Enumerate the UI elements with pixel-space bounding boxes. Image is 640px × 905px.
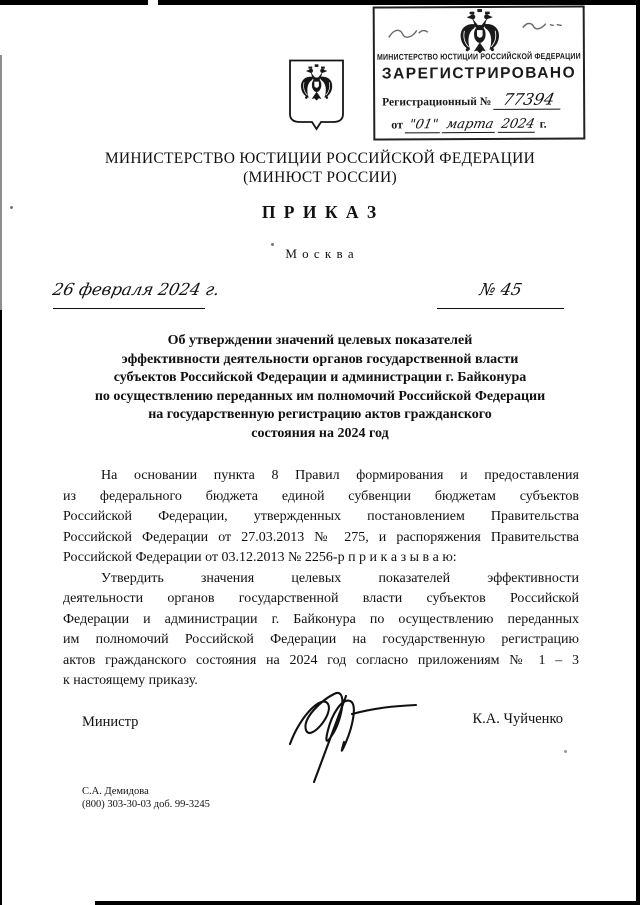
document-number: № 45 bbox=[437, 280, 564, 309]
ministry-heading: МИНИСТЕРСТВО ЮСТИЦИИ РОССИЙСКОЙ ФЕДЕРАЦИ… bbox=[0, 149, 640, 187]
body-paragraph-1: На основании пункта 8 Правил формировани… bbox=[63, 466, 579, 569]
signature-autograph bbox=[280, 678, 440, 793]
stamp-flourish-left-icon bbox=[387, 24, 431, 47]
stamp-flourish-right-icon bbox=[521, 19, 565, 40]
stamp-ministry-line: МИНИСТЕРСТВО ЮСТИЦИИ РОССИЙСКОЙ ФЕДЕРАЦИ… bbox=[375, 53, 583, 62]
order-title-line: на государственную регистрацию актов гра… bbox=[40, 406, 600, 425]
stamp-coat-of-arms-icon bbox=[459, 9, 501, 59]
registration-stamp: МИНИСТЕРСТВО ЮСТИЦИИ РОССИЙСКОЙ ФЕДЕРАЦИ… bbox=[373, 5, 586, 140]
order-title-line: Об утверждении значений целевых показате… bbox=[40, 332, 600, 351]
contact-phone: (800) 303-30-03 доб. 99-3245 bbox=[82, 798, 210, 811]
body-line: Утвердить значения целевых показателей э… bbox=[63, 569, 579, 590]
stamp-registration-number-line: Регистрационный № 77394 bbox=[382, 91, 578, 110]
scan-edge-bottom bbox=[95, 901, 640, 905]
body-line: Российской Федерации от 27.03.2013 № 275… bbox=[63, 528, 579, 549]
stamp-date-day: "01" bbox=[405, 118, 443, 133]
ministry-short-name: (МИНЮСТ РОССИИ) bbox=[0, 168, 640, 187]
eagle-icon bbox=[301, 65, 332, 101]
body-line: Федерации и администрации г. Байконура п… bbox=[63, 610, 579, 631]
coat-of-arms-emblem bbox=[288, 59, 345, 136]
order-title-line: состояния на 2024 год bbox=[40, 425, 600, 444]
signer-position-label: Министр bbox=[82, 714, 138, 731]
scan-edge-top bbox=[0, 0, 640, 5]
stamp-registered-label: ЗАРЕГИСТРИРОВАНО bbox=[375, 64, 583, 83]
body-paragraph-2: Утвердить значения целевых показателей э… bbox=[63, 569, 579, 692]
stamp-date-prefix: от bbox=[391, 117, 403, 132]
city-label: М о с к в а bbox=[0, 246, 640, 262]
order-title: Об утверждении значений целевых показате… bbox=[40, 332, 600, 443]
document-type-heading: П Р И К А З bbox=[0, 202, 640, 223]
scan-edge-top-notch bbox=[148, 0, 158, 5]
body-line: Российской Федерации, утвержденных поста… bbox=[63, 507, 579, 528]
handwritten-date-text: 26 февраля 2024 г. bbox=[51, 280, 221, 299]
order-title-line: по осуществлению переданных им полномочи… bbox=[40, 388, 600, 407]
contact-name: С.А. Демидова bbox=[82, 785, 210, 798]
body-line: актов гражданского состояния на 2024 год… bbox=[63, 651, 579, 672]
scan-speck bbox=[564, 750, 567, 753]
order-body: На основании пункта 8 Правил формировани… bbox=[63, 466, 579, 692]
order-title-line: эффективности деятельности органов госуд… bbox=[40, 351, 600, 370]
stamp-date-month: марта bbox=[442, 118, 498, 133]
body-line: из федерального бюджета единой субвенции… bbox=[63, 487, 579, 508]
body-line: им полномочий Российской Федерации на го… bbox=[63, 630, 579, 651]
contact-block: С.А. Демидова (800) 303-30-03 доб. 99-32… bbox=[82, 785, 210, 811]
stamp-reg-number-label: Регистрационный № bbox=[382, 96, 491, 109]
document-number-text: № 45 bbox=[478, 280, 524, 299]
scanned-order-page: МИНИСТЕРСТВО ЮСТИЦИИ РОССИЙСКОЙ ФЕДЕРАЦИ… bbox=[0, 0, 640, 905]
body-line: Российской Федерации от 03.12.2013 № 225… bbox=[63, 548, 579, 569]
stamp-date-year: 2024 bbox=[498, 118, 538, 133]
ministry-name: МИНИСТЕРСТВО ЮСТИЦИИ РОССИЙСКОЙ ФЕДЕРАЦИ… bbox=[0, 149, 640, 168]
scan-edge-right bbox=[636, 0, 640, 905]
stamp-date-suffix: г. bbox=[540, 117, 547, 132]
handwritten-date: 26 февраля 2024 г. bbox=[53, 280, 205, 309]
body-line: деятельности органов государственной вла… bbox=[63, 589, 579, 610]
body-line: На основании пункта 8 Правил формировани… bbox=[63, 466, 579, 487]
scan-edge-left-lower bbox=[0, 310, 2, 905]
stamp-reg-number-value: 77394 bbox=[493, 92, 564, 110]
order-title-line: субъектов Российской Федерации и админис… bbox=[40, 369, 600, 388]
stamp-date-line: от "01" марта 2024 г. bbox=[391, 116, 581, 133]
signer-name: К.А. Чуйченко bbox=[437, 711, 563, 728]
